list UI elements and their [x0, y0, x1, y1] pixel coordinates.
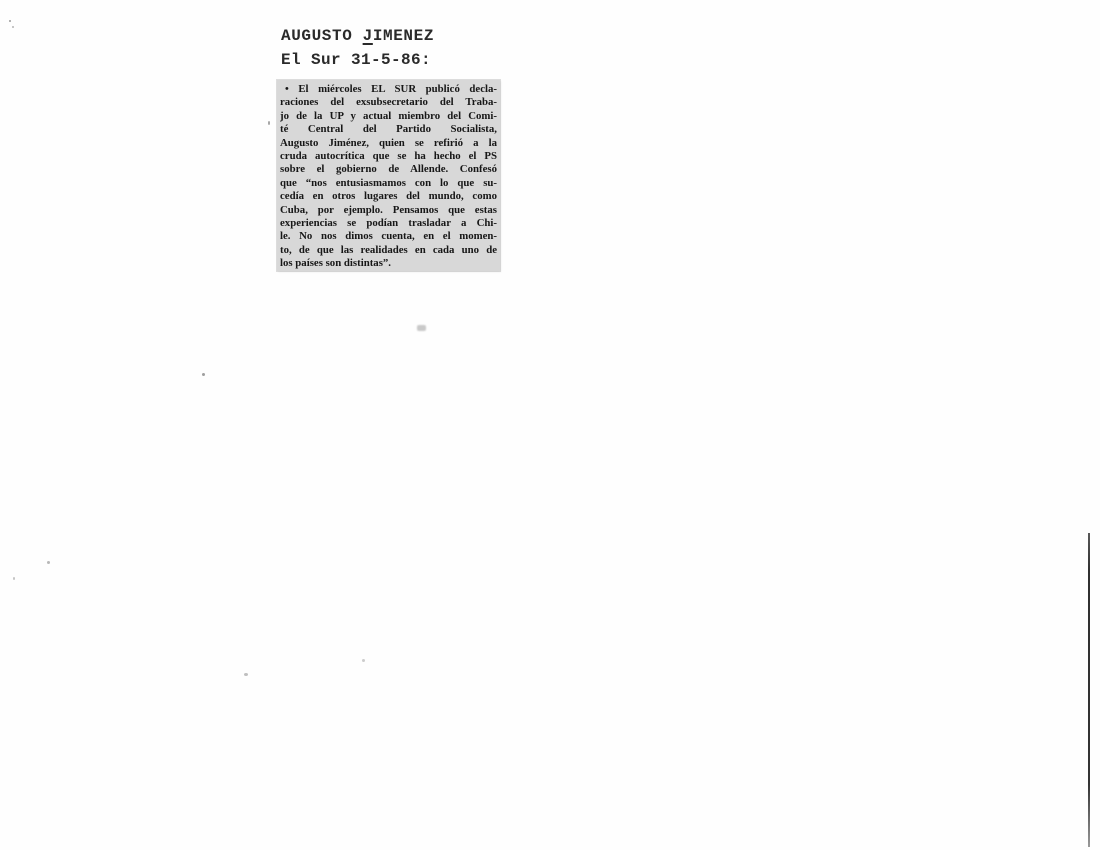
clipping-text-line: raciones del exsubsecretario del Traba- — [280, 96, 497, 109]
scan-smudge — [417, 325, 426, 331]
clipping-text-line: té Central del Partido Socialista, — [280, 123, 497, 136]
typed-source-and-date: El Sur 31-5-86: — [281, 51, 434, 69]
typed-annotation-header: AUGUSTO JIMENEZ El Sur 31-5-86: — [281, 27, 434, 69]
clipping-text-line: to, de que las realidades en cada uno de — [280, 244, 497, 257]
clipping-text-line: experiencias se podían trasladar a Chi- — [280, 217, 497, 230]
scan-speck — [362, 659, 365, 662]
typed-name-underlined-letter: J — [363, 27, 373, 45]
clipping-text-line: sobre el gobierno de Allende. Confesó — [280, 163, 497, 176]
scan-speck — [244, 673, 248, 676]
typed-name: AUGUSTO JIMENEZ — [281, 27, 434, 45]
scan-speck — [12, 26, 14, 28]
clipping-text-line: los países son distintas”. — [280, 257, 497, 270]
scan-speck — [47, 561, 50, 564]
clipping-text-line: que “nos entusiasmamos con lo que su- — [280, 177, 497, 190]
clipping-text-line: • El miércoles EL SUR publicó decla- — [280, 83, 497, 96]
scanned-page: AUGUSTO JIMENEZ El Sur 31-5-86: • El mié… — [0, 0, 1100, 850]
clipping-text-line: Cuba, por ejemplo. Pensamos que estas — [280, 204, 497, 217]
clipping-text-line: jo de la UP y actual miembro del Comi- — [280, 110, 497, 123]
clipping-text-line: le. No nos dimos cuenta, en el momen- — [280, 230, 497, 243]
clipping-text-line: cruda autocrítica que se ha hecho el PS — [280, 150, 497, 163]
clipping-text-line: Augusto Jiménez, quien se refirió a la — [280, 137, 497, 150]
scan-edge-line — [1088, 533, 1090, 847]
typed-name-part2: IMENEZ — [373, 27, 434, 45]
scan-speck — [9, 20, 11, 22]
scan-speck — [13, 577, 15, 580]
clipping-text-line: cedía en otros lugares del mundo, como — [280, 190, 497, 203]
typed-name-part1: AUGUSTO — [281, 27, 363, 45]
scan-speck — [268, 121, 270, 125]
newspaper-clipping: • El miércoles EL SUR publicó decla-raci… — [277, 80, 500, 271]
scan-speck — [202, 373, 205, 376]
